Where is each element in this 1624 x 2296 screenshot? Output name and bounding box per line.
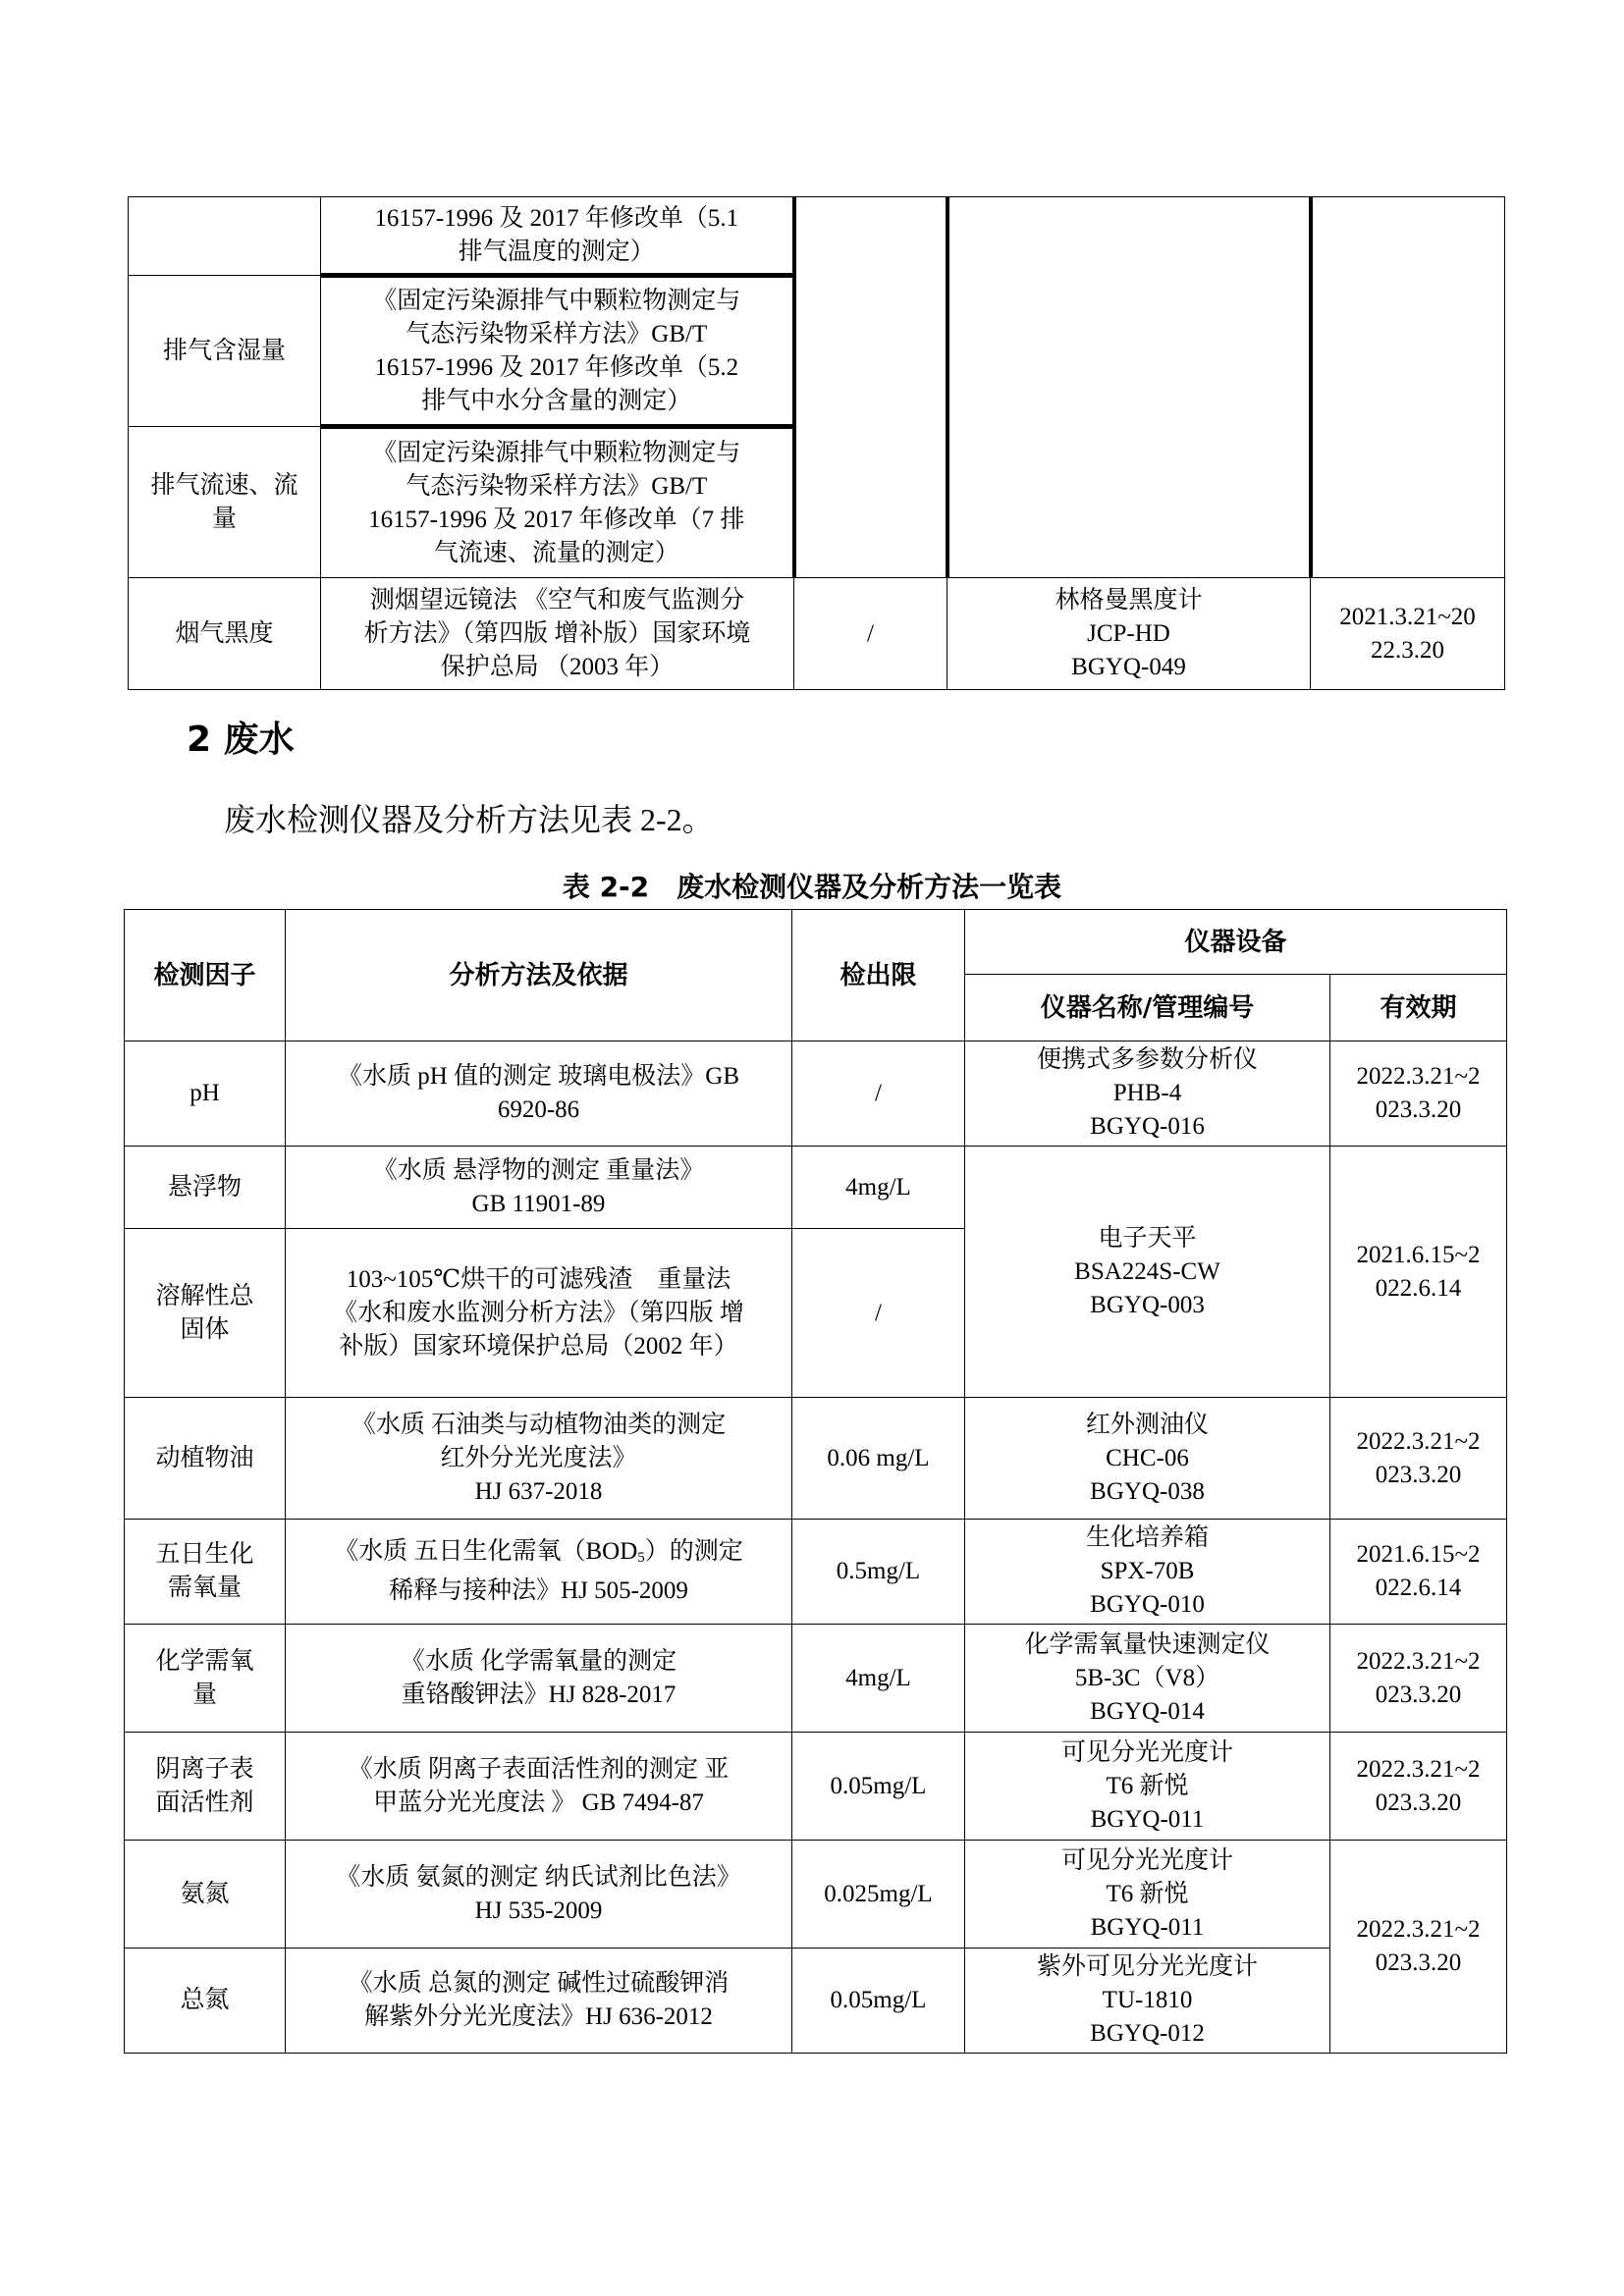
header-instrument: 仪器名称/管理编号 [965, 975, 1330, 1041]
validity-cell: 2022.3.21~2 023.3.20 [1330, 1041, 1507, 1147]
table-row: 烟气黑度 测烟望远镜法 《空气和废气监测分 析方法》（第四版 增补版）国家环境 … [129, 578, 1505, 690]
method-cell: 《水质 悬浮物的测定 重量法》 GB 11901-89 [286, 1147, 792, 1229]
instrument-cell: 化学需氧量快速测定仪 5B-3C（V8） BGYQ-014 [965, 1625, 1330, 1733]
factor-cell: 溶解性总 固体 [125, 1229, 286, 1398]
header-row: 检测因子 分析方法及依据 检出限 仪器设备 [125, 910, 1507, 975]
limit-cell: 4mg/L [792, 1625, 965, 1733]
instrument-cell: 便携式多参数分析仪 PHB-4 BGYQ-016 [965, 1041, 1330, 1147]
table-row: 化学需氧 量 《水质 化学需氧量的测定 重铬酸钾法》HJ 828-2017 4m… [125, 1625, 1507, 1733]
table-row: 动植物油 《水质 石油类与动植物油类的测定 红外分光光度法》 HJ 637-20… [125, 1398, 1507, 1520]
method-cell: 《水质 石油类与动植物油类的测定 红外分光光度法》 HJ 637-2018 [286, 1398, 792, 1520]
table-row: pH 《水质 pH 值的测定 玻璃电极法》GB 6920-86 / 便携式多参数… [125, 1041, 1507, 1147]
intro-paragraph: 废水检测仪器及分析方法见表 2-2。 [224, 795, 714, 840]
method-cell: 103~105℃烘干的可滤残渣 重量法 《水和废水监测分析方法》（第四版 增 补… [286, 1229, 792, 1398]
method-cell: 《水质 化学需氧量的测定 重铬酸钾法》HJ 828-2017 [286, 1625, 792, 1733]
instrument-cell: 林格曼黑度计 JCP-HD BGYQ-049 [947, 578, 1311, 690]
instrument-cell: 可见分光光度计 T6 新悦 BGYQ-011 [965, 1841, 1330, 1949]
header-validity: 有效期 [1330, 975, 1507, 1041]
factor-cell: 氨氮 [125, 1841, 286, 1949]
header-factor: 检测因子 [125, 910, 286, 1041]
factor-cell: 烟气黑度 [129, 578, 321, 690]
factor-cell: pH [125, 1041, 286, 1147]
method-cell: 《水质 五日生化需氧（BOD5）的测定 稀释与接种法》HJ 505-2009 [286, 1520, 792, 1625]
method-cell: 16157-1996 及 2017 年修改单（5.1 排气温度的测定） [321, 197, 794, 276]
table-row: 氨氮 《水质 氨氮的测定 纳氏试剂比色法》 HJ 535-2009 0.025m… [125, 1841, 1507, 1949]
validity-cell: 2022.3.21~2 023.3.20 [1330, 1625, 1507, 1733]
validity-cell [1311, 197, 1505, 578]
factor-cell: 阴离子表 面活性剂 [125, 1733, 286, 1841]
factor-cell: 化学需氧 量 [125, 1625, 286, 1733]
instrument-cell [947, 197, 1311, 578]
table-caption: 表 2-2 废水检测仪器及分析方法一览表 [0, 866, 1624, 905]
limit-cell: / [794, 578, 947, 690]
factor-cell: 五日生化 需氧量 [125, 1520, 286, 1625]
factor-cell [129, 197, 321, 276]
instrument-cell: 紫外可见分光光度计 TU-1810 BGYQ-012 [965, 1949, 1330, 2054]
limit-cell: / [792, 1229, 965, 1398]
limit-cell: 0.5mg/L [792, 1520, 965, 1625]
method-cell: 《水质 氨氮的测定 纳氏试剂比色法》 HJ 535-2009 [286, 1841, 792, 1949]
header-method: 分析方法及依据 [286, 910, 792, 1041]
instrument-cell: 红外测油仪 CHC-06 BGYQ-038 [965, 1398, 1330, 1520]
limit-cell: 0.06 mg/L [792, 1398, 965, 1520]
validity-cell: 2022.3.21~2 023.3.20 [1330, 1841, 1507, 2054]
limit-cell: 4mg/L [792, 1147, 965, 1229]
factor-cell: 悬浮物 [125, 1147, 286, 1229]
factor-cell: 排气流速、流 量 [129, 427, 321, 578]
method-cell: 《水质 总氮的测定 碱性过硫酸钾消 解紫外分光光度法》HJ 636-2012 [286, 1949, 792, 2054]
factor-cell: 总氮 [125, 1949, 286, 2054]
method-cell: 测烟望远镜法 《空气和废气监测分 析方法》（第四版 增补版）国家环境 保护总局 … [321, 578, 794, 690]
table-row: 总氮 《水质 总氮的测定 碱性过硫酸钾消 解紫外分光光度法》HJ 636-201… [125, 1949, 1507, 2054]
method-cell: 《固定污染源排气中颗粒物测定与 气态污染物采样方法》GB/T 16157-199… [321, 276, 794, 427]
header-equipment: 仪器设备 [965, 910, 1507, 975]
limit-cell: 0.025mg/L [792, 1841, 965, 1949]
wastewater-methods-table: 检测因子 分析方法及依据 检出限 仪器设备 仪器名称/管理编号 有效期 pH 《… [124, 909, 1507, 2054]
table-row: 阴离子表 面活性剂 《水质 阴离子表面活性剂的测定 亚 甲蓝分光光度法 》 GB… [125, 1733, 1507, 1841]
previous-table-continuation: 16157-1996 及 2017 年修改单（5.1 排气温度的测定） 排气含湿… [128, 196, 1505, 690]
table-row: 悬浮物 《水质 悬浮物的测定 重量法》 GB 11901-89 4mg/L 电子… [125, 1147, 1507, 1229]
validity-cell: 2021.3.21~20 22.3.20 [1311, 578, 1505, 690]
instrument-cell: 电子天平 BSA224S-CW BGYQ-003 [965, 1147, 1330, 1398]
factor-cell: 排气含湿量 [129, 276, 321, 427]
method-cell: 《水质 pH 值的测定 玻璃电极法》GB 6920-86 [286, 1041, 792, 1147]
limit-cell: / [792, 1041, 965, 1147]
validity-cell: 2021.6.15~2 022.6.14 [1330, 1147, 1507, 1398]
method-cell: 《水质 阴离子表面活性剂的测定 亚 甲蓝分光光度法 》 GB 7494-87 [286, 1733, 792, 1841]
table-row: 16157-1996 及 2017 年修改单（5.1 排气温度的测定） [129, 197, 1505, 276]
limit-cell: 0.05mg/L [792, 1949, 965, 2054]
limit-cell [794, 197, 947, 578]
instrument-cell: 生化培养箱 SPX-70B BGYQ-010 [965, 1520, 1330, 1625]
table-row: 五日生化 需氧量 《水质 五日生化需氧（BOD5）的测定 稀释与接种法》HJ 5… [125, 1520, 1507, 1625]
validity-cell: 2022.3.21~2 023.3.20 [1330, 1398, 1507, 1520]
method-cell: 《固定污染源排气中颗粒物测定与 气态污染物采样方法》GB/T 16157-199… [321, 427, 794, 578]
factor-cell: 动植物油 [125, 1398, 286, 1520]
limit-cell: 0.05mg/L [792, 1733, 965, 1841]
validity-cell: 2021.6.15~2 022.6.14 [1330, 1520, 1507, 1625]
section-heading: 2 废水 [187, 712, 295, 762]
instrument-cell: 可见分光光度计 T6 新悦 BGYQ-011 [965, 1733, 1330, 1841]
header-limit: 检出限 [792, 910, 965, 1041]
validity-cell: 2022.3.21~2 023.3.20 [1330, 1733, 1507, 1841]
